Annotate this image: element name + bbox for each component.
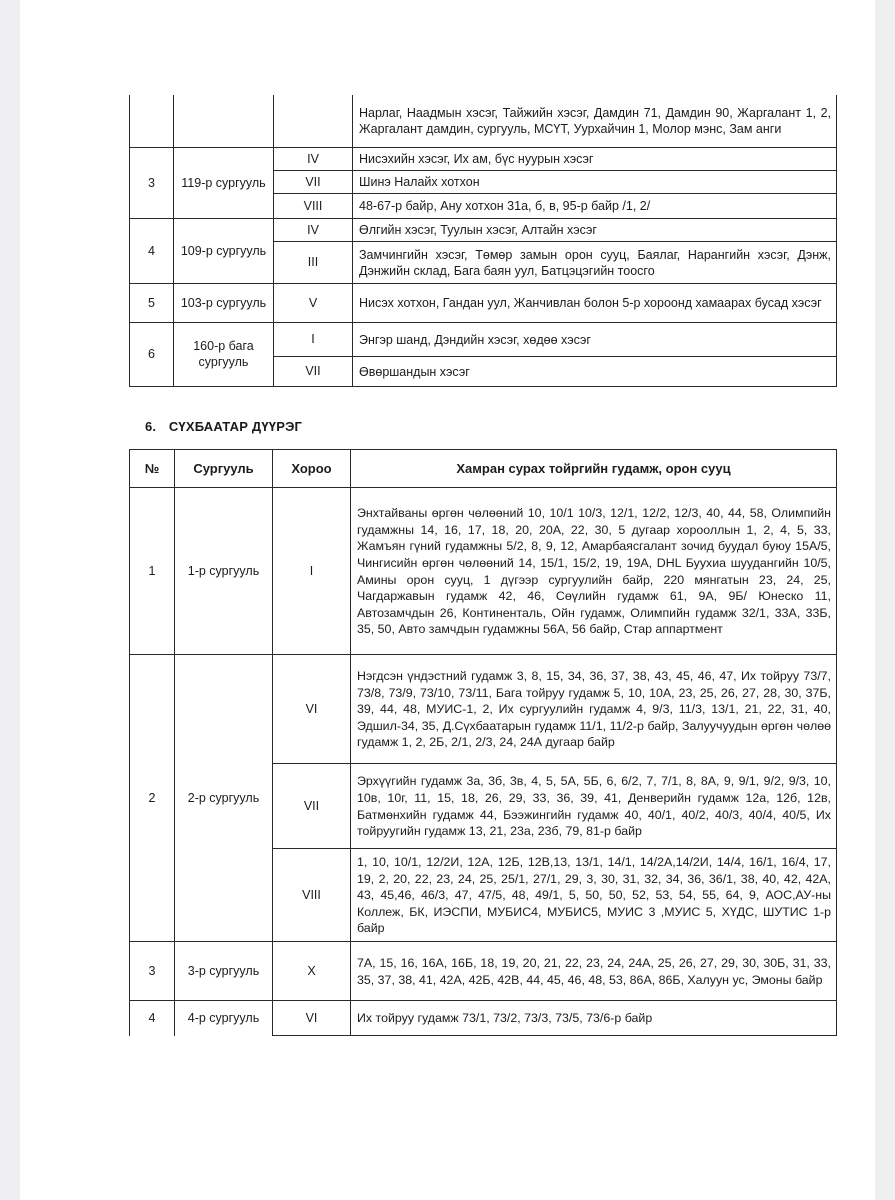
khoroo: VI [273, 655, 351, 764]
address-list: Их тойруу гудамж 73/1, 73/2, 73/3, 73/5,… [351, 1001, 837, 1036]
table-row: 6 160-р бага сургууль I Энгэр шанд, Дэнд… [130, 322, 837, 356]
address-list: Энхтайваны өргөн чөлөөний 10, 10/1 10/3,… [351, 488, 837, 655]
khoroo: X [273, 942, 351, 1001]
section-number: 6. [145, 419, 165, 434]
address-list: Нарлаг, Наадмын хэсэг, Тайжийн хэсэг, Да… [353, 95, 837, 147]
row-number: 6 [130, 322, 174, 386]
address-list: Нэгдсэн үндэстний гудамж 3, 8, 15, 34, 3… [351, 655, 837, 764]
khoroo: I [274, 322, 353, 356]
address-list: Шинэ Налайх хотхон [353, 170, 837, 193]
khoroo: VII [274, 170, 353, 193]
address-list: Өвөршандын хэсэг [353, 356, 837, 386]
school-name: 3-р сургууль [175, 942, 273, 1001]
section-heading: 6. СҮХБААТАР ДҮҮРЭГ [145, 419, 302, 434]
column-header-address: Хамран сурах тойргийн гудамж, орон сууц [351, 450, 837, 488]
table-row: 4 109-р сургууль IV Өлгийн хэсэг, Туулын… [130, 218, 837, 241]
khoroo: IV [274, 218, 353, 241]
address-list: 7А, 15, 16, 16А, 16Б, 18, 19, 20, 21, 22… [351, 942, 837, 1001]
school-name: 2-р сургууль [175, 655, 273, 942]
table-row: 4 4-р сургууль VI Их тойруу гудамж 73/1,… [130, 1001, 837, 1036]
khoroo: V [274, 283, 353, 322]
address-list: Өлгийн хэсэг, Туулын хэсэг, Алтайн хэсэг [353, 218, 837, 241]
row-number: 3 [130, 942, 175, 1001]
khoroo: VII [273, 764, 351, 849]
school-name [174, 95, 274, 147]
address-list: 1, 10, 10/1, 12/2И, 12А, 12Б, 12В,13, 13… [351, 849, 837, 942]
khoroo: IV [274, 147, 353, 170]
khoroo: VIII [274, 193, 353, 218]
row-number: 1 [130, 488, 175, 655]
table-row: Нарлаг, Наадмын хэсэг, Тайжийн хэсэг, Да… [130, 95, 837, 147]
khoroo: VII [274, 356, 353, 386]
school-name: 160-р бага сургууль [174, 322, 274, 386]
row-number: 3 [130, 147, 174, 218]
row-number [130, 95, 174, 147]
school-name: 103-р сургууль [174, 283, 274, 322]
table-row: 1 1-р сургууль I Энхтайваны өргөн чөлөөн… [130, 488, 837, 655]
khoroo: I [273, 488, 351, 655]
school-name: 1-р сургууль [175, 488, 273, 655]
row-number: 4 [130, 1001, 175, 1036]
address-list: 48-67-р байр, Ану хотхон 31а, б, в, 95-р… [353, 193, 837, 218]
row-number: 5 [130, 283, 174, 322]
table-row: 2 2-р сургууль VI Нэгдсэн үндэстний гуда… [130, 655, 837, 764]
address-list: Нисэхийн хэсэг, Их ам, бүс нуурын хэсэг [353, 147, 837, 170]
address-list: Замчингийн хэсэг, Төмөр замын орон сууц,… [353, 241, 837, 283]
address-list: Эрхүүгийн гудамж 3а, 3б, 3в, 4, 5, 5А, 5… [351, 764, 837, 849]
khoroo: VIII [273, 849, 351, 942]
previous-district-table: Нарлаг, Наадмын хэсэг, Тайжийн хэсэг, Да… [129, 95, 837, 387]
school-name: 119-р сургууль [174, 147, 274, 218]
table-row: 3 119-р сургууль IV Нисэхийн хэсэг, Их а… [130, 147, 837, 170]
row-number: 2 [130, 655, 175, 942]
table-row: 5 103-р сургууль V Нисэх хотхон, Гандан … [130, 283, 837, 322]
column-header-khoroo: Хороо [273, 450, 351, 488]
school-name: 109-р сургууль [174, 218, 274, 283]
khoroo [274, 95, 353, 147]
section-title: СҮХБААТАР ДҮҮРЭГ [169, 419, 302, 434]
row-number: 4 [130, 218, 174, 283]
table-row: 3 3-р сургууль X 7А, 15, 16, 16А, 16Б, 1… [130, 942, 837, 1001]
khoroo: III [274, 241, 353, 283]
column-header-number: № [130, 450, 175, 488]
school-name: 4-р сургууль [175, 1001, 273, 1036]
address-list: Нисэх хотхон, Гандан уул, Жанчивлан боло… [353, 283, 837, 322]
sukhbaatar-district-table: № Сургууль Хороо Хамран сурах тойргийн г… [129, 449, 837, 1036]
table-header-row: № Сургууль Хороо Хамран сурах тойргийн г… [130, 450, 837, 488]
khoroo: VI [273, 1001, 351, 1036]
address-list: Энгэр шанд, Дэндийн хэсэг, хөдөө хэсэг [353, 322, 837, 356]
column-header-school: Сургууль [175, 450, 273, 488]
